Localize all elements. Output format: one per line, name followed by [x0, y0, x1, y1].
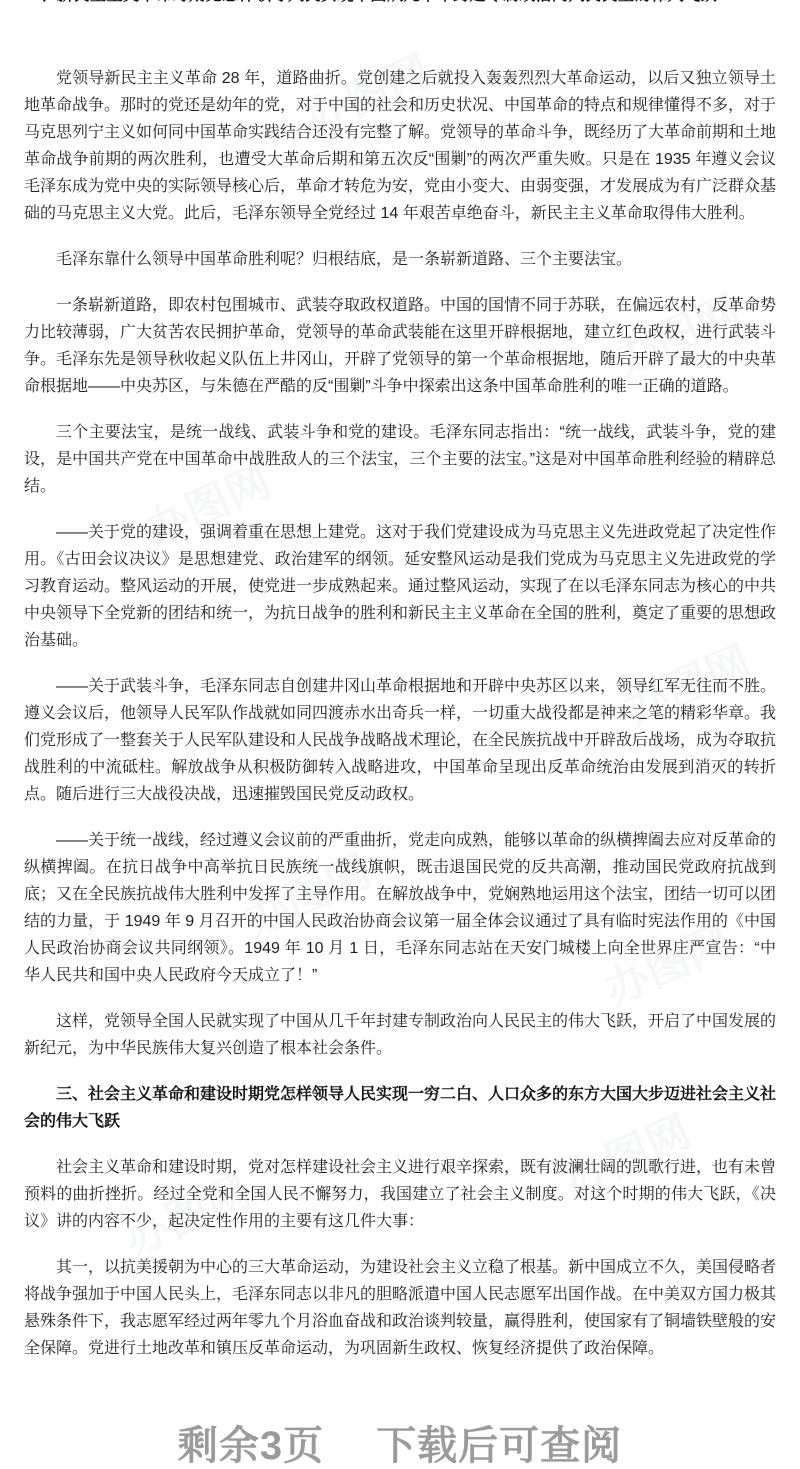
download-hint-label: 下载后可查阅 [376, 1424, 622, 1468]
paragraph: ——关于统一战线，经过遵义会议前的严重曲折，党走向成熟，能够以革命的纵横捭阖去应… [24, 827, 776, 989]
pages-remaining-label: 剩余3页 [178, 1424, 324, 1468]
preview-footer-note: 剩余3页下载后可查阅 [24, 1414, 776, 1469]
section-heading-2: 二、新民主主义革命时期党怎样领导人民实现中国从几千年封建专制政治向人民民主的伟大… [24, 0, 776, 7]
paragraph: 三个主要法宝，是统一战线、武装斗争和党的建设。毛泽东同志指出：“统一战线，武装斗… [24, 419, 776, 500]
paragraph: ——关于武装斗争，毛泽东同志自创建井冈山革命根据地和开辟中央苏区以来，领导红军无… [24, 673, 776, 808]
section-heading-3: 三、社会主义革命和建设时期党怎样领导人民实现一穷二白、人口众多的东方大国大步迈进… [24, 1081, 776, 1135]
paragraph: 社会主义革命和建设时期，党对怎样建设社会主义进行艰辛探索，既有波澜壮阔的凯歌行进… [24, 1154, 776, 1235]
document-preview-page: 办图网 办图网 办图网 办图网 办图网 办图网 办图网 办图网 二、新民主主义革… [0, 0, 800, 1469]
paragraph: 这样，党领导全国人民就实现了中国从几千年封建专制政治向人民民主的伟大飞跃，开启了… [24, 1008, 776, 1062]
paragraph: 其一，以抗美援朝为中心的三大革命运动，为建设社会主义立稳了根基。新中国成立不久，… [24, 1254, 776, 1362]
paragraph: 党领导新民主主义革命 28 年，道路曲折。党创建之后就投入轰轰烈烈大革命运动，以… [24, 65, 776, 227]
document-body: 二、新民主主义革命时期党怎样领导人民实现中国从几千年封建专制政治向人民民主的伟大… [0, 0, 800, 1469]
paragraph: 一条崭新道路，即农村包围城市、武装夺取政权道路。中国的国情不同于苏联，在偏远农村… [24, 292, 776, 400]
paragraph: 毛泽东靠什么领导中国革命胜利呢？归根结底，是一条崭新道路、三个主要法宝。 [24, 246, 776, 273]
clipped-heading-window: 二、新民主主义革命时期党怎样领导人民实现中国从几千年封建专制政治向人民民主的伟大… [24, 0, 776, 9]
paragraph: ——关于党的建设，强调着重在思想上建党。这对于我们党建设成为马克思主义先进政党起… [24, 519, 776, 654]
